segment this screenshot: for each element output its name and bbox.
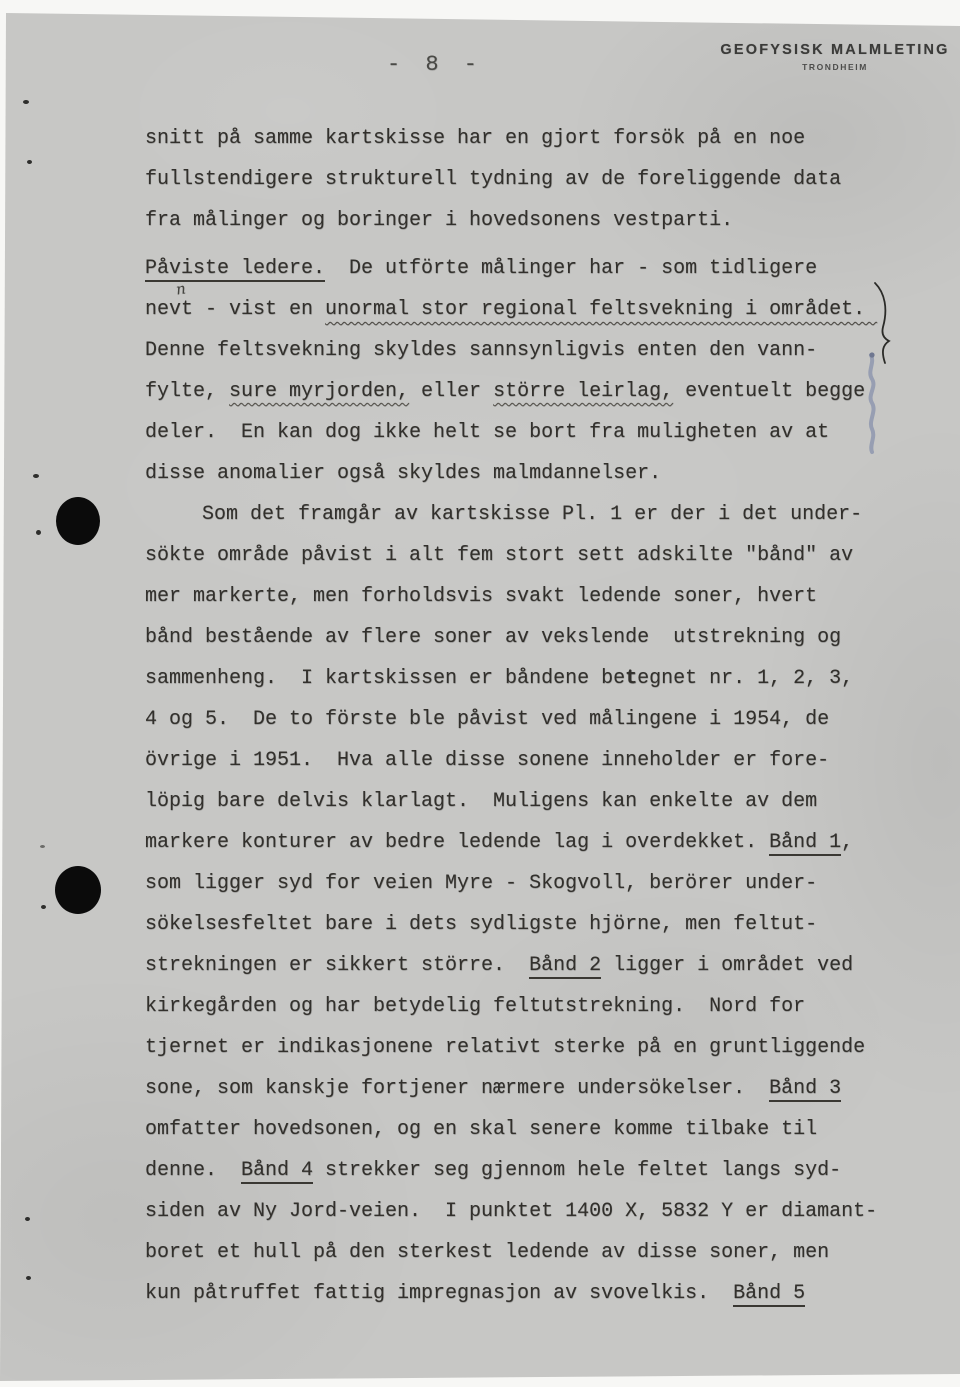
text-segment: boret et hull på den sterkest ledende av…: [145, 1241, 829, 1264]
hole-punch-top: [56, 497, 100, 545]
text-segment: egnet nr. 1, 2, 3,: [637, 667, 853, 690]
text-segment: markere konturer av bedre ledende lag i …: [145, 831, 769, 854]
text-segment: Denne feltsvekning skyldes sannsynligvis…: [145, 339, 817, 362]
typed-line: boret et hull på den sterkest ledende av…: [145, 1232, 885, 1273]
text-segment: deler. En kan dog ikke helt se bort fra …: [145, 421, 829, 444]
paper-speck: [36, 530, 41, 535]
text-segment: kun påtruffet fattig impregnasjon av svo…: [145, 1282, 733, 1305]
band-2-ref: Bånd 2: [529, 954, 601, 979]
typed-line: bånd bestående av flere soner av vekslen…: [145, 617, 885, 658]
typed-line: denne. Bånd 4 strekker seg gjennom hele …: [145, 1150, 885, 1191]
text-segment: sammenheng. I kartskissen er båndene be: [145, 667, 625, 690]
paper-speck: [40, 845, 45, 848]
letterhead-city: TRONDHEIM: [720, 62, 950, 72]
typed-line: snitt på samme kartskisse har en gjort f…: [145, 118, 885, 159]
text-segment: löpig bare delvis klarlagt. Muligens kan…: [145, 790, 817, 813]
typed-line: kun påtruffet fattig impregnasjon av svo…: [145, 1273, 885, 1314]
text-segment: mer markerte, men forholdsvis svakt lede…: [145, 585, 817, 608]
paper-speck: [25, 1217, 30, 1221]
hole-punch-bottom: [55, 866, 101, 914]
paper-speck: [41, 905, 46, 909]
margin-annotations: [845, 275, 915, 470]
text-segment: övrige i 1951. Hva alle disse sonene inn…: [145, 749, 829, 772]
text-segment: Som det framgår av kartskisse Pl. 1 er d…: [202, 503, 862, 526]
typed-line: Påviste ledere. De utförte målinger har …: [145, 248, 885, 289]
text-segment: strekningen er sikkert större.: [145, 954, 529, 977]
text-segment: ,: [841, 831, 853, 854]
band-3-ref: Bånd 3: [769, 1077, 841, 1102]
text-segment: fylte,: [145, 380, 229, 403]
paviste-ledere-heading: Påviste ledere.: [145, 257, 325, 282]
text-segment: ligger i området ved: [601, 954, 853, 977]
typed-line: Denne feltsvekning skyldes sannsynligvis…: [145, 330, 885, 371]
text-segment: större leirlag,: [493, 380, 673, 403]
text-segment: disse anomalier også skyldes malmdannels…: [145, 462, 661, 485]
handwritten-insert-mark: n: [175, 279, 187, 298]
text-segment: omfatter hovedsonen, og en skal senere k…: [145, 1118, 817, 1141]
typed-line: Som det framgår av kartskisse Pl. 1 er d…: [145, 494, 885, 535]
typed-line: sökelsesfeltet bare i dets sydligste hjö…: [145, 904, 885, 945]
margin-wavy-line: [870, 355, 873, 452]
text-segment: fra målinger og boringer i hovedsonens v…: [145, 209, 733, 232]
typed-line: 4 og 5. De to förste ble påvist ved måli…: [145, 699, 885, 740]
typed-line: kirkegården og har betydelig feltutstrek…: [145, 986, 885, 1027]
typed-line: disse anomalier også skyldes malmdannels…: [145, 453, 885, 494]
text-segment: De utförte målinger har - som tidligere: [325, 257, 817, 280]
typed-line: markere konturer av bedre ledende lag i …: [145, 822, 885, 863]
typed-line: som ligger syd for veien Myre - Skogvoll…: [145, 863, 885, 904]
typed-line: övrige i 1951. Hva alle disse sonene inn…: [145, 740, 885, 781]
text-segment: eller: [409, 380, 493, 403]
text-segment: sökelsesfeltet bare i dets sydligste hjö…: [145, 913, 817, 936]
text-segment: eventuelt begge: [673, 380, 865, 403]
nevt-word: nevt - vist en: [145, 298, 325, 321]
typed-line: sone, som kanskje fortjener nærmere unde…: [145, 1068, 885, 1109]
overstruck-letter: t: [625, 667, 637, 690]
typed-line: deler. En kan dog ikke helt se bort fra …: [145, 412, 885, 453]
typed-line: sammenheng. I kartskissen er båndene bet…: [145, 658, 885, 699]
document-lines: snitt på samme kartskisse har en gjort f…: [145, 118, 885, 1314]
text-segment: som ligger syd for veien Myre - Skogvoll…: [145, 872, 817, 895]
hand-underlined-phrase: unormal stor regional feltsvekning i omr…: [325, 298, 877, 321]
text-segment: sure myrjorden,: [229, 380, 409, 403]
typed-line: löpig bare delvis klarlagt. Muligens kan…: [145, 781, 885, 822]
text-segment: siden av Ny Jord-veien. I punktet 1400 X…: [145, 1200, 877, 1223]
text-segment: sone, som kanskje fortjener nærmere unde…: [145, 1077, 769, 1100]
band-4-ref: Bånd 4: [241, 1159, 313, 1184]
paper-speck: [33, 474, 39, 478]
typed-line: omfatter hovedsonen, og en skal senere k…: [145, 1109, 885, 1150]
text-segment: sökte område påvist i alt fem stort sett…: [145, 544, 853, 567]
wavy-line-start-dot: [869, 352, 874, 357]
typed-line: fylte, sure myrjorden, eller större leir…: [145, 371, 885, 412]
paper-speck: [23, 100, 29, 104]
typed-line: fra målinger og boringer i hovedsonens v…: [145, 200, 885, 241]
typed-line: tjernet er indikasjonene relativt sterke…: [145, 1027, 885, 1068]
typed-line: siden av Ny Jord-veien. I punktet 1400 X…: [145, 1191, 885, 1232]
letterhead-organization: GEOFYSISK MALMLETING: [720, 42, 950, 58]
letterhead: GEOFYSISK MALMLETING TRONDHEIM: [720, 42, 950, 72]
band-1-ref: Bånd 1: [769, 831, 841, 856]
paper-speck: [27, 160, 32, 164]
typed-line: strekningen er sikkert större. Bånd 2 li…: [145, 945, 885, 986]
text-segment: bånd bestående av flere soner av vekslen…: [145, 626, 841, 649]
typed-line: mer markerte, men forholdsvis svakt lede…: [145, 576, 885, 617]
text-segment: strekker seg gjennom hele feltet langs s…: [313, 1159, 841, 1182]
text-segment: fullstendigere strukturell tydning av de…: [145, 168, 841, 191]
scanned-document-page: { "document": { "letterhead": { "organiz…: [0, 0, 960, 1387]
text-segment: 4 og 5. De to förste ble påvist ved måli…: [145, 708, 829, 731]
text-segment: tjernet er indikasjonene relativt sterke…: [145, 1036, 865, 1059]
text-segment: snitt på samme kartskisse har en gjort f…: [145, 127, 805, 150]
paper-speck: [26, 1276, 31, 1280]
typed-line: nevt - vist en unormal stor regional fel…: [145, 289, 885, 330]
page-number: - 8 -: [370, 52, 500, 77]
text-segment: denne.: [145, 1159, 241, 1182]
typed-line: sökte område påvist i alt fem stort sett…: [145, 535, 885, 576]
margin-brace-mark: [875, 283, 889, 363]
band-5-ref: Bånd 5: [733, 1282, 805, 1307]
typed-line: fullstendigere strukturell tydning av de…: [145, 159, 885, 200]
text-segment: kirkegården og har betydelig feltutstrek…: [145, 995, 805, 1018]
